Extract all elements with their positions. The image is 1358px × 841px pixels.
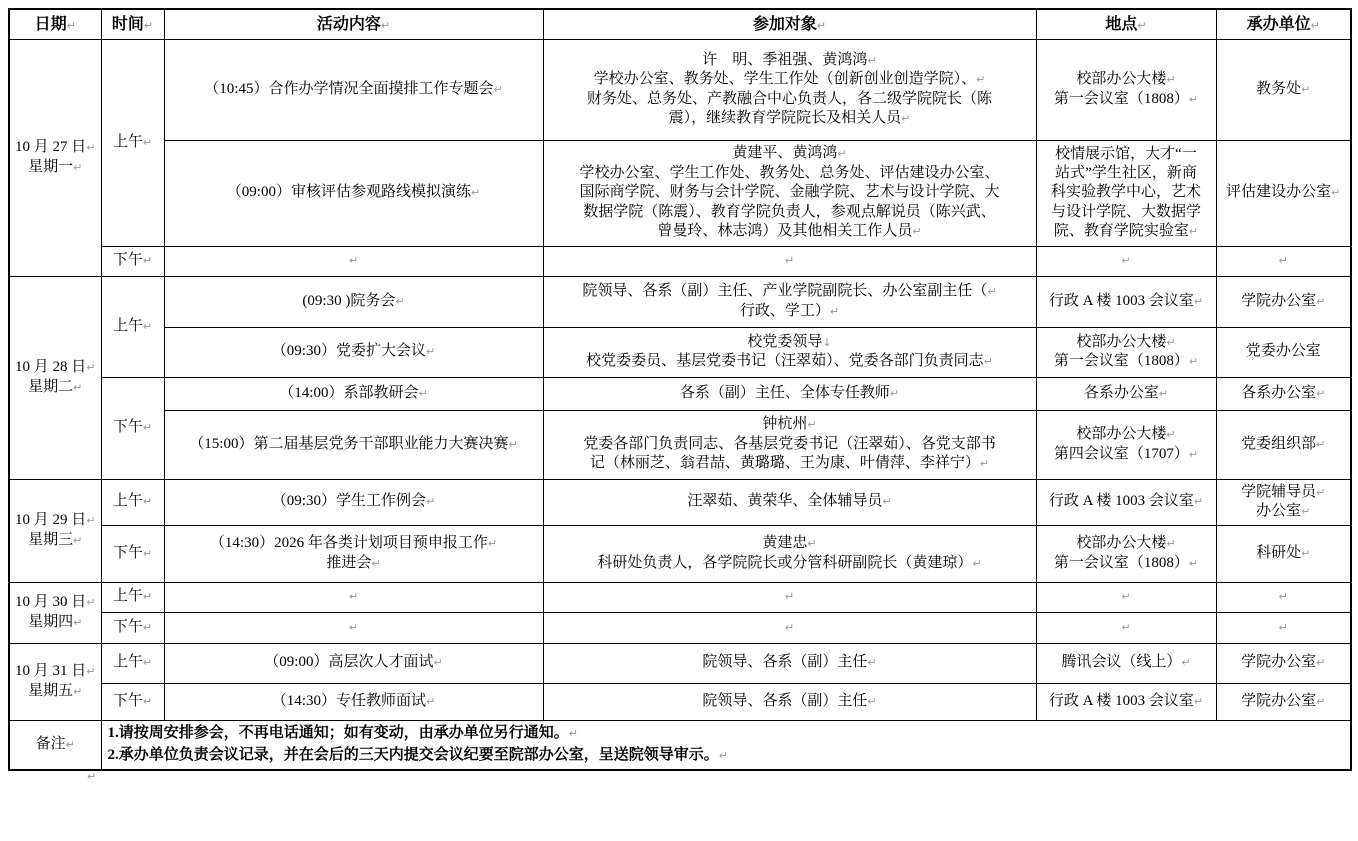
return-mark-icon: ↵: [86, 361, 95, 374]
return-mark-icon: ↵: [1279, 254, 1288, 267]
time-cell-afternoon: 下午↵: [101, 246, 164, 276]
organizer-cell: ↵: [1216, 582, 1351, 612]
organizer-cell: 学院辅导员↵ 办公室↵: [1216, 479, 1351, 525]
return-mark-icon: ↵: [426, 695, 435, 708]
return-mark-icon: ↵: [1301, 547, 1310, 560]
remark-row: 备注↵ 1.请按周安排参会，不再电话通知；如有变动，由承办单位另行通知。↵ 2.…: [9, 720, 1351, 770]
table-row: 10 月 31 日↵ 星期五↵ 上午↵ （09:00）高层次人才面试↵ 院领导、…: [9, 643, 1351, 683]
return-mark-icon: ↵: [1181, 656, 1190, 669]
table-row: 10 月 29 日↵ 星期三↵ 上午↵ （09:30）学生工作例会↵ 汪翠茹、黄…: [9, 479, 1351, 525]
return-mark-icon: ↵: [987, 285, 996, 298]
return-mark-icon: ↵: [349, 621, 358, 634]
return-mark-icon: ↵: [349, 590, 358, 603]
activity-cell: （09:30）学生工作例会↵: [164, 479, 543, 525]
return-mark-icon: ↵: [143, 695, 152, 708]
return-mark-icon: ↵: [395, 295, 404, 308]
return-mark-icon: ↵: [837, 147, 846, 160]
return-mark-icon: ↵: [882, 495, 891, 508]
location-cell: ↵: [1036, 612, 1216, 643]
location-cell: 腾讯会议（线上）↵: [1036, 643, 1216, 683]
return-mark-icon: ↵: [785, 590, 794, 603]
return-mark-icon: ↵: [73, 685, 82, 698]
return-mark-icon: ↵: [1316, 656, 1325, 669]
return-mark-icon: ↵: [488, 537, 497, 550]
return-mark-icon: ↵: [867, 695, 876, 708]
organizer-cell: 科研处↵: [1216, 525, 1351, 582]
return-mark-icon: ↵: [73, 161, 82, 174]
time-cell-morning: 上午↵: [101, 276, 164, 377]
participants-cell: 院领导、各系（副）主任↵: [543, 683, 1036, 720]
header-organizer: 承办单位↵: [1216, 9, 1351, 39]
remark-content: 1.请按周安排参会，不再电话通知；如有变动，由承办单位另行通知。↵ 2.承办单位…: [101, 720, 1351, 770]
time-cell-morning: 上午↵: [101, 479, 164, 525]
organizer-cell: 评估建设办公室↵: [1216, 140, 1351, 246]
remark-label: 备注↵: [9, 720, 101, 770]
return-mark-icon: ↵: [1331, 186, 1340, 199]
organizer-cell: ↵: [1216, 246, 1351, 276]
return-mark-icon: ↵: [867, 54, 876, 67]
participants-cell: 许 明、季祖强、黄鸿鸿↵ 学校办公室、教务处、学生工作处（创新创业创造学院）、↵…: [543, 39, 1036, 140]
table-row: 下午↵ ↵ ↵ ↵ ↵: [9, 246, 1351, 276]
organizer-cell: ↵: [1216, 612, 1351, 643]
return-mark-icon: ↵: [418, 387, 427, 400]
location-cell: ↵: [1036, 582, 1216, 612]
header-date: 日期↵: [9, 9, 101, 39]
return-mark-icon: ↵: [1301, 505, 1310, 518]
activity-cell: （09:00）审核评估参观路线模拟演练↵: [164, 140, 543, 246]
return-mark-icon: ↵: [143, 590, 152, 603]
table-row: （09:00）审核评估参观路线模拟演练↵ 黄建平、黄鸿鸿↵ 学校办公室、学生工作…: [9, 140, 1351, 246]
return-mark-icon: ↵: [1194, 695, 1203, 708]
return-mark-icon: ↵: [73, 381, 82, 394]
return-mark-icon: ↵: [86, 141, 95, 154]
activity-cell: ↵: [164, 582, 543, 612]
activity-cell: （09:00）高层次人才面试↵: [164, 643, 543, 683]
location-cell: 校部办公大楼↵ 第四会议室（1707）↵: [1036, 410, 1216, 479]
participants-cell: 院领导、各系（副）主任↵: [543, 643, 1036, 683]
return-mark-icon: ↵: [1189, 448, 1198, 461]
location-cell: 各系办公室↵: [1036, 377, 1216, 410]
return-mark-icon: ↵: [1279, 590, 1288, 603]
return-mark-icon: ↵: [1137, 19, 1146, 32]
header-participants: 参加对象↵: [543, 9, 1036, 39]
return-mark-icon: ↵: [1159, 387, 1168, 400]
activity-cell: ↵: [164, 612, 543, 643]
return-mark-icon: ↵: [984, 355, 993, 368]
return-mark-icon: ↵: [143, 421, 152, 434]
return-mark-icon: ↵: [426, 345, 435, 358]
return-mark-icon: ↵: [349, 254, 358, 267]
trailing-paragraph-mark: ↵: [87, 771, 1358, 781]
return-mark-icon: ↵: [569, 727, 578, 740]
return-mark-icon: ↵: [1194, 495, 1203, 508]
location-cell: 校情展示馆，大才“一 站式”学生社区，新商 科实验教学中心，艺术 与设计学院、大…: [1036, 140, 1216, 246]
table-row: 下午↵ （14:30）2026 年各类计划项目预申报工作↵ 推进会↵ 黄建忠↵ …: [9, 525, 1351, 582]
organizer-cell: 学院办公室↵: [1216, 276, 1351, 327]
return-mark-icon: ↵: [807, 418, 816, 431]
activity-cell: （14:30）专任教师面试↵: [164, 683, 543, 720]
return-mark-icon: ↵: [1166, 428, 1175, 441]
return-mark-icon: ↵: [1121, 254, 1130, 267]
location-cell: 行政 A 楼 1003 会议室↵: [1036, 683, 1216, 720]
location-cell: 校部办公大楼↵ 第一会议室（1808）↵: [1036, 327, 1216, 377]
return-mark-icon: ↵: [980, 457, 989, 470]
date-cell-wed: 10 月 29 日↵ 星期三↵: [9, 479, 101, 582]
return-mark-icon: ↵: [67, 19, 76, 32]
return-mark-icon: ↵: [1166, 537, 1175, 550]
return-mark-icon: ↵: [1316, 387, 1325, 400]
participants-cell: ↵: [543, 612, 1036, 643]
return-mark-icon: ↵: [1279, 621, 1288, 634]
table-row: （15:00）第二届基层党务干部职业能力大赛决赛↵ 钟杭州↵ 党委各部门负责同志…: [9, 410, 1351, 479]
table-row: 10 月 30 日↵ 星期四↵ 上午↵ ↵ ↵ ↵ ↵: [9, 582, 1351, 612]
return-mark-icon: ↵: [901, 112, 910, 125]
return-mark-icon: ↵: [1301, 83, 1310, 96]
return-mark-icon: ↵: [143, 656, 152, 669]
table-row: 10 月 27 日↵ 星期一↵ 上午↵ （10:45）合作办学情况全面摸排工作专…: [9, 39, 1351, 140]
activity-cell: （09:30）党委扩大会议↵: [164, 327, 543, 377]
participants-cell: 汪翠茹、黄荣华、全体辅导员↵: [543, 479, 1036, 525]
return-mark-icon: ↵: [830, 305, 839, 318]
organizer-cell: 党委组织部↵: [1216, 410, 1351, 479]
weekly-schedule-table: 日期↵ 时间↵ 活动内容↵ 参加对象↵ 地点↵ 承办单位↵ 10 月 27 日↵…: [8, 8, 1352, 771]
return-mark-icon: ↵: [143, 320, 152, 333]
participants-cell: ↵: [543, 246, 1036, 276]
time-cell-morning: 上午↵: [101, 643, 164, 683]
participants-cell: 校党委领导↓ 校党委委员、基层党委书记（汪翠茹）、党委各部门负责同志↵: [543, 327, 1036, 377]
activity-cell: (09:30 )院务会↵: [164, 276, 543, 327]
organizer-cell: 党委办公室: [1216, 327, 1351, 377]
return-mark-icon: ↵: [87, 770, 96, 783]
return-mark-icon: ↵: [86, 665, 95, 678]
return-mark-icon: ↵: [1121, 590, 1130, 603]
return-mark-icon: ↵: [1194, 295, 1203, 308]
time-cell-afternoon: 下午↵: [101, 683, 164, 720]
return-mark-icon: ↵: [143, 136, 152, 149]
return-mark-icon: ↵: [912, 225, 921, 238]
date-cell-thu: 10 月 30 日↵ 星期四↵: [9, 582, 101, 643]
return-mark-icon: ↵: [1311, 19, 1320, 32]
return-mark-icon: ↵: [471, 186, 480, 199]
return-mark-icon: ↵: [1189, 225, 1198, 238]
time-cell-afternoon: 下午↵: [101, 377, 164, 479]
header-activity: 活动内容↵: [164, 9, 543, 39]
return-mark-icon: ↵: [508, 438, 517, 451]
organizer-cell: 教务处↵: [1216, 39, 1351, 140]
return-mark-icon: ↵: [890, 387, 899, 400]
return-mark-icon: ↵: [143, 621, 152, 634]
return-mark-icon: ↵: [719, 749, 728, 762]
organizer-cell: 学院办公室↵: [1216, 683, 1351, 720]
time-cell-morning: 上午↵: [101, 39, 164, 246]
location-cell: ↵: [1036, 246, 1216, 276]
return-mark-icon: ↵: [1316, 695, 1325, 708]
header-time: 时间↵: [101, 9, 164, 39]
table-row: （09:30）党委扩大会议↵ 校党委领导↓ 校党委委员、基层党委书记（汪翠茹）、…: [9, 327, 1351, 377]
return-mark-icon: ↵: [1316, 486, 1325, 499]
location-cell: 行政 A 楼 1003 会议室↵: [1036, 479, 1216, 525]
return-mark-icon: ↵: [143, 254, 152, 267]
table-row: 10 月 28 日↵ 星期二↵ 上午↵ (09:30 )院务会↵ 院领导、各系（…: [9, 276, 1351, 327]
organizer-cell: 学院办公室↵: [1216, 643, 1351, 683]
return-mark-icon: ↵: [1316, 295, 1325, 308]
return-mark-icon: ↵: [1189, 557, 1198, 570]
participants-cell: 黄建忠↵ 科研处负责人，各学院院长或分管科研副院长（黄建琼）↵: [543, 525, 1036, 582]
return-mark-icon: ↵: [785, 621, 794, 634]
return-mark-icon: ↵: [1121, 621, 1130, 634]
return-mark-icon: ↵: [381, 19, 390, 32]
return-mark-icon: ↵: [143, 547, 152, 560]
organizer-cell: 各系办公室↵: [1216, 377, 1351, 410]
time-cell-morning: 上午↵: [101, 582, 164, 612]
header-row: 日期↵ 时间↵ 活动内容↵ 参加对象↵ 地点↵ 承办单位↵: [9, 9, 1351, 39]
date-cell-fri: 10 月 31 日↵ 星期五↵: [9, 643, 101, 720]
return-mark-icon: ↓: [822, 336, 831, 349]
return-mark-icon: ↵: [73, 616, 82, 629]
participants-cell: 各系（副）主任、全体专任教师↵: [543, 377, 1036, 410]
activity-cell: （14:00）系部教研会↵: [164, 377, 543, 410]
table-row: 下午↵ ↵ ↵ ↵ ↵: [9, 612, 1351, 643]
return-mark-icon: ↵: [976, 73, 985, 86]
table-row: 下午↵ （14:00）系部教研会↵ 各系（副）主任、全体专任教师↵ 各系办公室↵…: [9, 377, 1351, 410]
return-mark-icon: ↵: [867, 656, 876, 669]
return-mark-icon: ↵: [972, 557, 981, 570]
return-mark-icon: ↵: [817, 19, 826, 32]
participants-cell: 院领导、各系（副）主任、产业学院副院长、办公室副主任（↵ 行政、学工）↵: [543, 276, 1036, 327]
return-mark-icon: ↵: [785, 254, 794, 267]
date-cell-mon: 10 月 27 日↵ 星期一↵: [9, 39, 101, 276]
activity-cell: （15:00）第二届基层党务干部职业能力大赛决赛↵: [164, 410, 543, 479]
return-mark-icon: ↵: [144, 19, 153, 32]
return-mark-icon: ↵: [86, 596, 95, 609]
location-cell: 行政 A 楼 1003 会议室↵: [1036, 276, 1216, 327]
return-mark-icon: ↵: [1166, 73, 1175, 86]
return-mark-icon: ↵: [371, 557, 380, 570]
participants-cell: ↵: [543, 582, 1036, 612]
header-location: 地点↵: [1036, 9, 1216, 39]
participants-cell: 钟杭州↵ 党委各部门负责同志、各基层党委书记（汪翠茹）、各党支部书 记（林丽芝、…: [543, 410, 1036, 479]
location-cell: 校部办公大楼↵ 第一会议室（1808）↵: [1036, 525, 1216, 582]
return-mark-icon: ↵: [433, 656, 442, 669]
date-cell-tue: 10 月 28 日↵ 星期二↵: [9, 276, 101, 479]
return-mark-icon: ↵: [1189, 355, 1198, 368]
activity-cell: ↵: [164, 246, 543, 276]
return-mark-icon: ↵: [86, 514, 95, 527]
return-mark-icon: ↵: [807, 537, 816, 550]
return-mark-icon: ↵: [66, 738, 75, 751]
time-cell-afternoon: 下午↵: [101, 612, 164, 643]
table-row: 下午↵ （14:30）专任教师面试↵ 院领导、各系（副）主任↵ 行政 A 楼 1…: [9, 683, 1351, 720]
activity-cell: （14:30）2026 年各类计划项目预申报工作↵ 推进会↵: [164, 525, 543, 582]
location-cell: 校部办公大楼↵ 第一会议室（1808）↵: [1036, 39, 1216, 140]
return-mark-icon: ↵: [493, 83, 502, 96]
return-mark-icon: ↵: [1189, 93, 1198, 106]
return-mark-icon: ↵: [143, 495, 152, 508]
activity-cell: （10:45）合作办学情况全面摸排工作专题会↵: [164, 39, 543, 140]
return-mark-icon: ↵: [73, 534, 82, 547]
return-mark-icon: ↵: [426, 495, 435, 508]
time-cell-afternoon: 下午↵: [101, 525, 164, 582]
participants-cell: 黄建平、黄鸿鸿↵ 学校办公室、学生工作处、教务处、总务处、评估建设办公室、 国际…: [543, 140, 1036, 246]
return-mark-icon: ↵: [1166, 336, 1175, 349]
return-mark-icon: ↵: [1316, 438, 1325, 451]
